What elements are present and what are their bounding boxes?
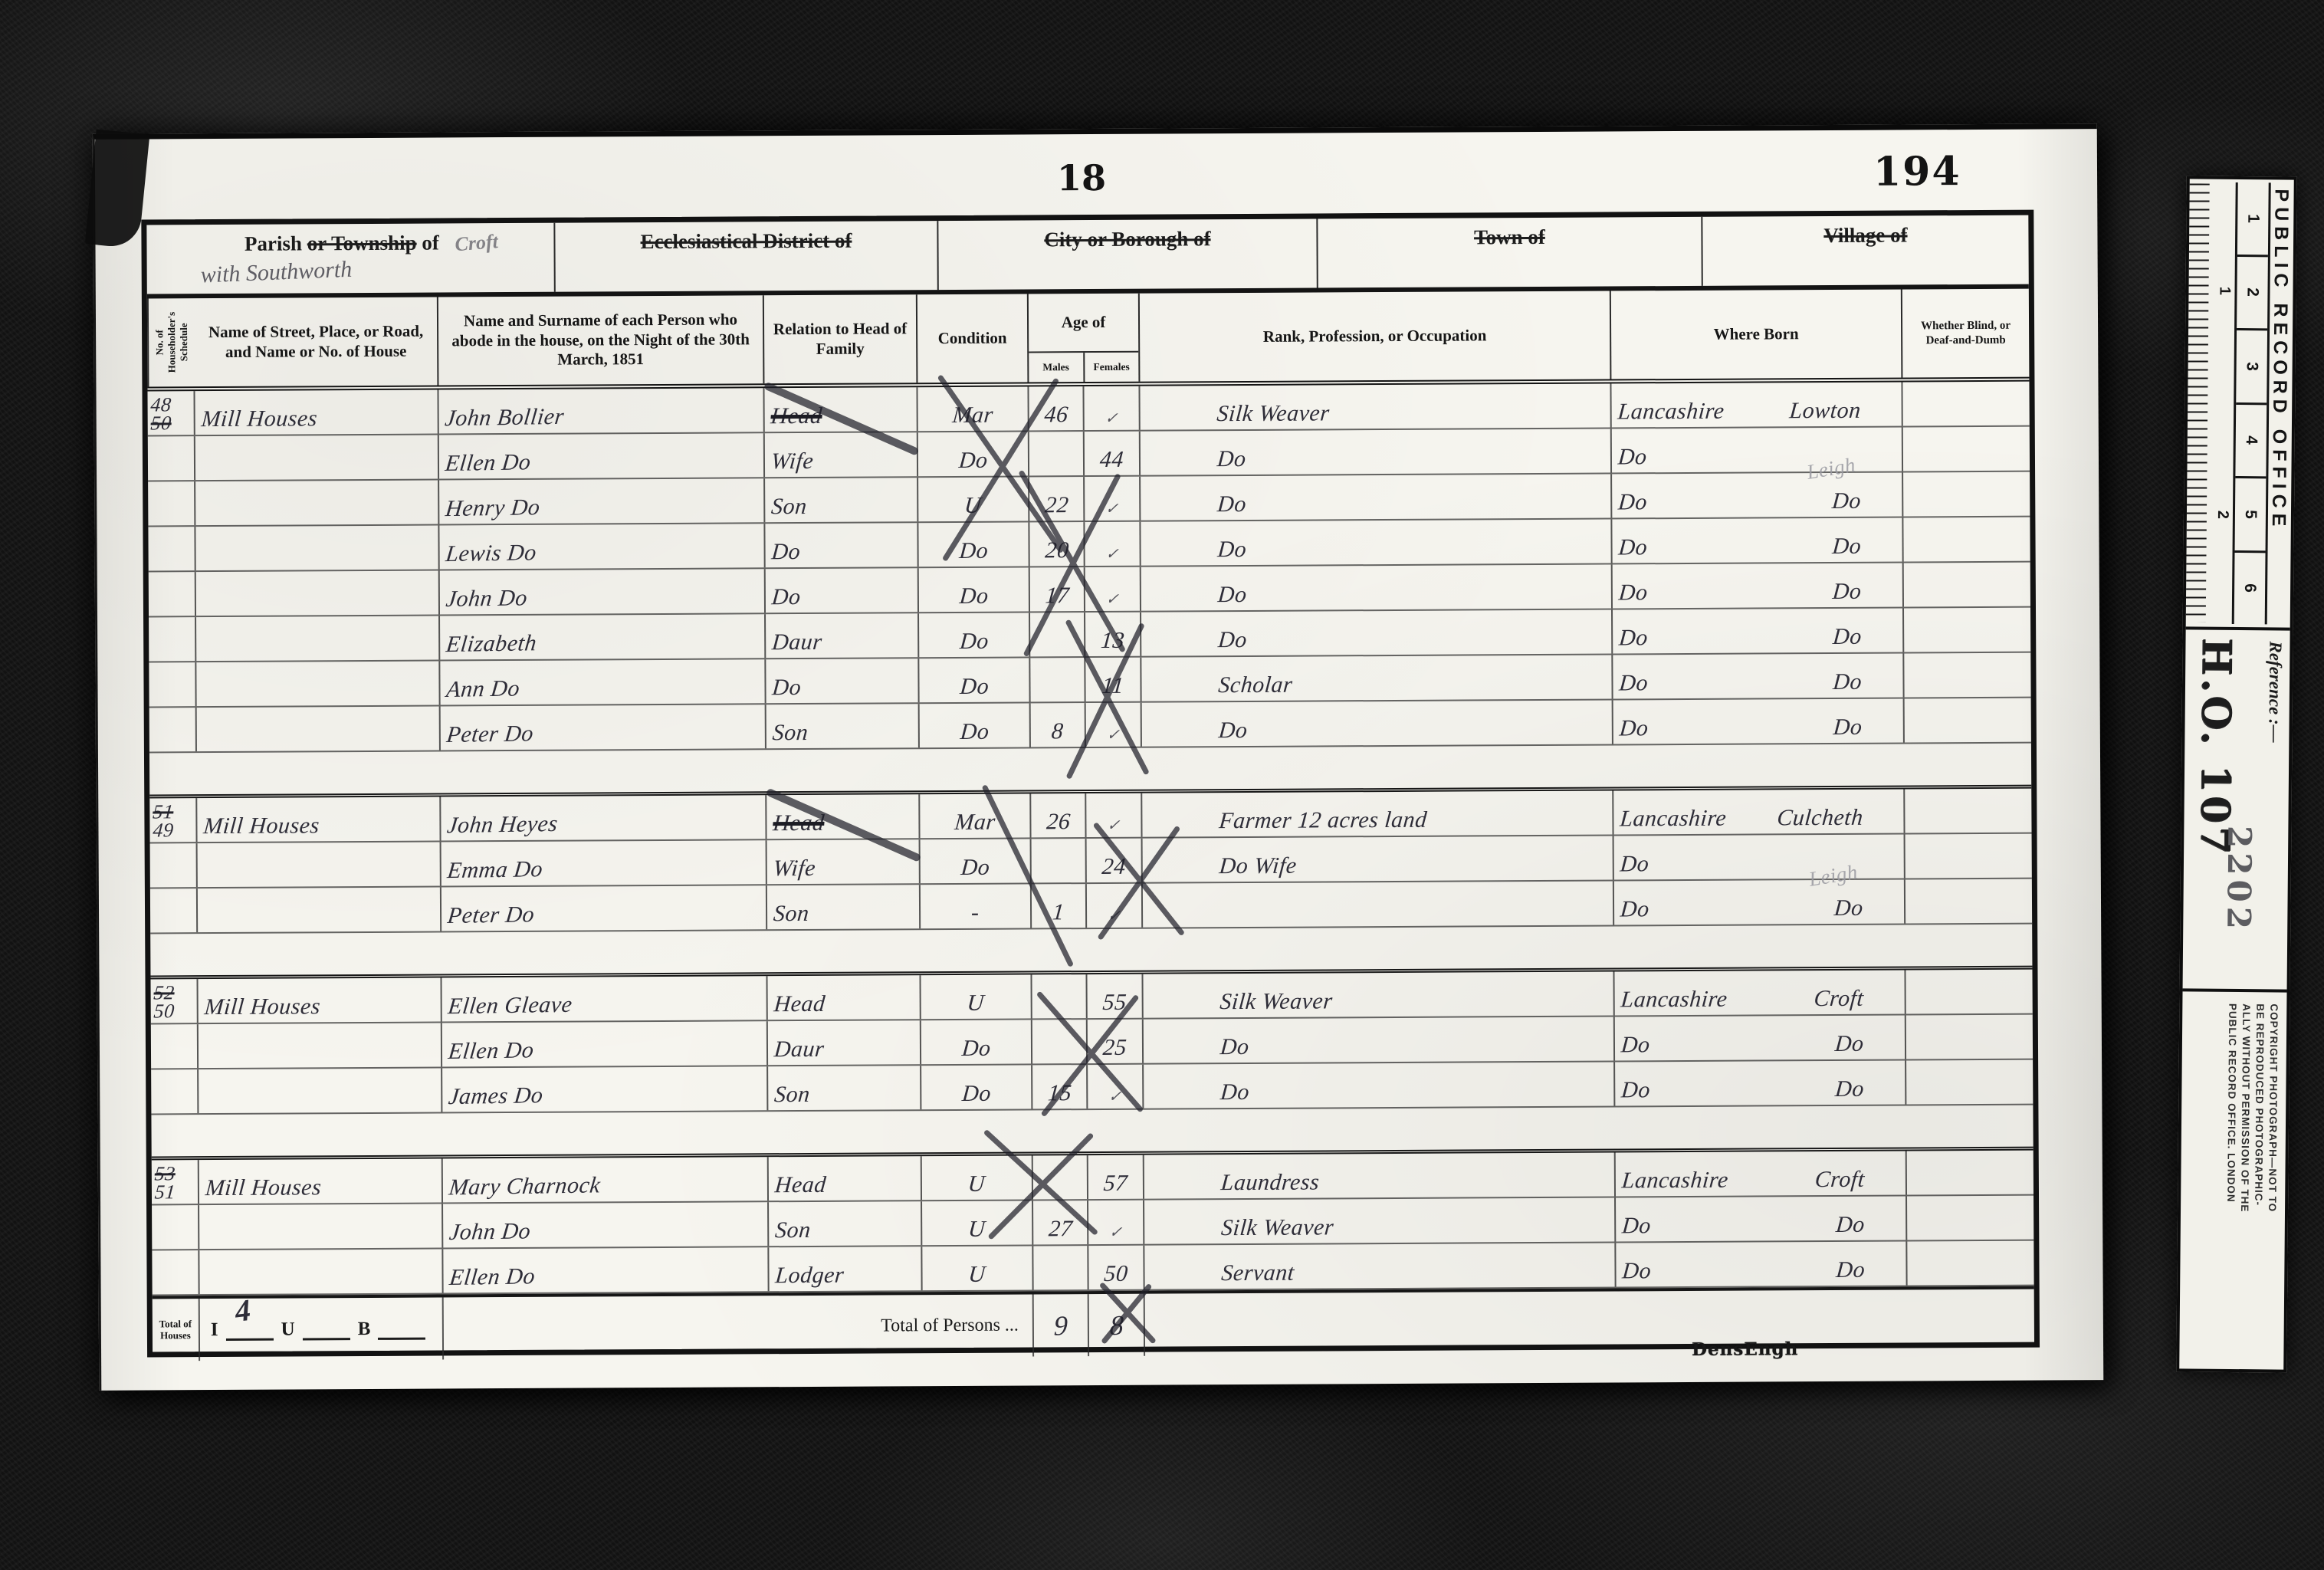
schedule-number-cell: 5250 [151, 979, 199, 1023]
age-female-cell: ✓ [1084, 386, 1140, 430]
houses-iub-cell: I 4 U B [200, 1297, 444, 1361]
col-age-label: Age of [1029, 294, 1138, 353]
condition-text: U [968, 1262, 987, 1288]
tick-mark: ✓ [1108, 1223, 1123, 1242]
occupation-cell: Silk Weaver [1143, 971, 1614, 1017]
occupation-cell: Do [1141, 429, 1612, 475]
person-name: Peter Do [446, 902, 536, 929]
schedule-number-cell [150, 843, 198, 887]
public-record-office-strip: 12 123456 PUBLIC RECORD OFFICE Reference… [2176, 176, 2297, 1372]
born-county: Do [1620, 1032, 1651, 1058]
name-cell: John Do [443, 1202, 769, 1247]
reference-ho-107: H.O. 107 [2191, 638, 2240, 858]
born-place: Do [1832, 669, 1863, 695]
where-born-cell: DoDo [1613, 653, 1904, 698]
schedule-number-cell [151, 1069, 199, 1113]
condition-cell: Do [921, 1020, 1032, 1064]
col-blind-deaf: Whether Blind, or Deaf-and-Dumb [1902, 289, 2030, 378]
census-rows: 4850Mill HousesJohn BollierHeadMar46✓Sil… [147, 382, 2033, 1296]
relation-text: Head [774, 1172, 828, 1198]
blind-deaf-cell [1906, 1015, 2033, 1059]
occupation-text: Do [1216, 582, 1247, 608]
ruler-cm-track: 123456 [2232, 182, 2271, 624]
where-born-cell: DoLeigh [1612, 427, 1903, 472]
relation-text: Wife [772, 856, 816, 882]
address-cell [199, 1023, 442, 1068]
age-female: 50 [1103, 1261, 1129, 1287]
tick-mark: ✓ [1105, 590, 1120, 609]
condition-cell: Do [918, 522, 1029, 567]
schedule-number-cell: 5149 [149, 798, 197, 842]
age-female: 24 [1101, 854, 1127, 880]
condition-cell: U [918, 477, 1029, 521]
name-cell: Ellen Do [439, 433, 765, 478]
address-cell [196, 570, 440, 616]
relation-cell: Son [769, 1201, 922, 1246]
condition-text: Mar [954, 810, 996, 836]
ruler-cm-number: 5 [2235, 478, 2267, 553]
occupation-text: Laundress [1220, 1169, 1321, 1196]
address-cell [198, 842, 441, 887]
parish-of: of [422, 231, 439, 254]
name-cell: Ellen Do [442, 1021, 768, 1066]
pro-ruler: 12 123456 PUBLIC RECORD OFFICE [2186, 179, 2294, 630]
address-cell: Mill Houses [199, 1158, 443, 1204]
age-male-cell: 15 [1032, 1065, 1088, 1109]
person-name: John Do [445, 585, 529, 613]
age-female-cell: 11 [1085, 658, 1141, 701]
blind-deaf-cell [1905, 970, 2032, 1014]
total-of-persons-label: Total of Persons ... [444, 1294, 1034, 1359]
age-female-cell: 50 [1088, 1246, 1144, 1289]
condition-cell: Do [921, 1065, 1032, 1109]
address-cell [197, 706, 441, 751]
village-section: Village of [1702, 215, 2028, 286]
total-of-houses-label: Total of Houses [153, 1299, 200, 1361]
reference-label: Reference :— [2264, 641, 2285, 742]
name-cell: John Bollier [438, 388, 764, 433]
blind-deaf-cell [1907, 1196, 2033, 1240]
blind-deaf-cell [1903, 472, 2030, 517]
born-county: Lancashire [1620, 987, 1728, 1013]
address-cell [195, 435, 439, 480]
condition-text: Do [957, 448, 988, 474]
age-male: 8 [1051, 718, 1065, 744]
relation-text: Lodger [774, 1263, 845, 1289]
tick-mark: ✓ [1105, 499, 1119, 518]
condition-cell: - [921, 884, 1032, 928]
occupation-text: Do [1217, 627, 1248, 653]
schedule-number-cell [152, 1250, 199, 1294]
born-place: Do [1834, 1076, 1865, 1102]
relation-cell: Son [765, 478, 918, 522]
address-cell: Mill Houses [197, 796, 441, 842]
person-name: Mary Charnock [448, 1172, 602, 1200]
occupation-text: Scholar [1217, 672, 1294, 699]
address-cell [199, 1068, 442, 1113]
age-female-cell: ✓ [1085, 522, 1141, 566]
name-cell: Ann Do [440, 659, 766, 705]
page-number-right: 194 [1873, 148, 1961, 195]
person-name: Ellen Gleave [447, 992, 574, 1020]
name-cell: Peter Do [441, 885, 767, 931]
age-female-cell: 44 [1085, 432, 1141, 475]
relation-text: Head [770, 403, 823, 429]
age-male-cell: 1 [1032, 884, 1087, 928]
where-born-cell: DoDo [1616, 1196, 1907, 1241]
copyright-line: ALLY WITHOUT PERMISSION OF THE [2237, 1003, 2252, 1355]
age-male-cell: 17 [1030, 567, 1085, 611]
relation-text: Daur [773, 1036, 826, 1063]
born-place: Culcheth [1776, 805, 1864, 832]
relation-cell: Head [767, 975, 921, 1020]
uninhabited-label: U [281, 1319, 295, 1340]
born-county: Do [1620, 896, 1650, 922]
person-name: Ellen Do [444, 449, 532, 477]
occupation-cell: Do [1142, 700, 1613, 746]
blind-deaf-cell [1907, 1151, 2033, 1195]
where-born-cell: LancashireCroft [1616, 1151, 1907, 1196]
age-male: 46 [1043, 402, 1069, 428]
ruler-inch-track: 12 [2209, 179, 2234, 627]
address-cell [199, 1204, 443, 1249]
parish-handwritten-1: Croft [455, 230, 499, 256]
age-male: 1 [1052, 899, 1065, 925]
condition-cell: Mar [920, 793, 1031, 838]
relation-cell: Son [766, 704, 920, 748]
occupation-cell: Do Wife [1143, 836, 1614, 882]
blind-deaf-cell [1904, 563, 2030, 607]
born-county: Lancashire [1617, 399, 1725, 425]
schedule-number-cell: 5351 [152, 1160, 199, 1204]
occupation-text: Do Wife [1218, 853, 1298, 880]
born-county: Do [1621, 1258, 1652, 1284]
occupation-text: Do [1216, 446, 1247, 472]
copyright-text: COPYRIGHT PHOTOGRAPH—NOT TOBE REPRODUCED… [2179, 991, 2286, 1366]
condition-cell: U [922, 1246, 1033, 1290]
where-born-cell: LancashireCulcheth [1613, 789, 1905, 834]
occupation-cell: Silk Weaver [1140, 383, 1611, 429]
condition-cell: Mar [917, 386, 1029, 431]
condition-cell: Do [919, 658, 1030, 702]
relation-text: Son [770, 494, 808, 520]
address-cell [195, 480, 439, 525]
occupation-text: Silk Weaver [1219, 988, 1334, 1015]
born-place: Do [1832, 624, 1863, 650]
born-county: Do [1621, 1213, 1652, 1239]
age-female: 44 [1099, 447, 1125, 473]
address-cell [195, 525, 439, 570]
totals-empty-cell [1145, 1289, 2034, 1356]
town-section: Town of [1318, 217, 1702, 288]
blind-deaf-cell [1904, 653, 2030, 698]
address-text: Mill Houses [202, 813, 320, 839]
address-cell [199, 1249, 443, 1294]
age-female-cell: 24 [1087, 839, 1143, 882]
col-age: Age of Males Females [1029, 294, 1141, 383]
age-male: 17 [1044, 583, 1070, 609]
occupation-cell: Do [1141, 609, 1613, 655]
blind-deaf-cell [1905, 834, 2032, 879]
occupation-text: Farmer 12 acres land [1218, 807, 1428, 834]
where-born-cell: DoDo [1612, 472, 1903, 517]
relation-cell: Head [764, 387, 917, 432]
schedule-number-cell [148, 436, 195, 480]
address-text: Mill Houses [205, 1174, 323, 1201]
name-cell: Lewis Do [439, 524, 765, 569]
born-county: Lancashire [1621, 1168, 1730, 1194]
born-county: Do [1618, 625, 1649, 651]
occupation-cell [1143, 881, 1614, 927]
col-condition: Condition [917, 294, 1029, 383]
total-persons-males: 9 [1053, 1309, 1068, 1342]
copyright-line: BE REPRODUCED PHOTOGRAPHIC- [2251, 1003, 2266, 1355]
name-cell: Emma Do [441, 840, 767, 885]
occupation-cell: Do [1144, 1017, 1615, 1063]
age-female: 57 [1103, 1171, 1129, 1197]
name-cell: Ellen Do [443, 1247, 769, 1292]
total-persons-females-cell: 8 [1089, 1294, 1145, 1356]
condition-cell: Do [919, 567, 1030, 612]
born-place: Do [1833, 714, 1863, 741]
where-born-cell: LancashireLowton [1611, 382, 1902, 427]
condition-cell: U [921, 974, 1032, 1019]
relation-text: Daur [771, 629, 823, 655]
address-cell: Mill Houses [195, 389, 438, 435]
occupation-cell: Scholar [1141, 655, 1613, 701]
district-section: Ecclesiastical District of [555, 221, 938, 292]
tick-mark: ✓ [1106, 816, 1121, 835]
blind-deaf-cell [1907, 1241, 2033, 1286]
occupation-text: Silk Weaver [1216, 400, 1331, 427]
condition-text: Do [960, 1036, 991, 1062]
schedule-number-cell [152, 1205, 199, 1249]
column-header-band: No. of Householder's Schedule Name of St… [147, 289, 2030, 392]
name-cell: Ellen Gleave [441, 976, 767, 1021]
age-female-cell: 13 [1085, 613, 1141, 656]
age-male-cell [1032, 974, 1087, 1018]
born-county: Do [1617, 580, 1648, 606]
occupation-cell: Silk Weaver [1144, 1197, 1616, 1243]
born-county: Do [1618, 670, 1649, 696]
dens-engh-stamp: DensEngh [1692, 1338, 1798, 1360]
age-male-cell [1032, 839, 1087, 882]
schedule-number: 49 [153, 821, 175, 839]
scanned-census-page: { "page": {"number_left": "18", "number_… [0, 0, 2324, 1570]
relation-cell: Do [765, 523, 918, 567]
relation-cell: Son [767, 885, 921, 929]
person-name: Emma Do [446, 856, 544, 884]
schedule-number-cell: 4850 [147, 391, 195, 435]
age-female-cell: ✓ [1085, 477, 1141, 521]
condition-text: Mar [951, 402, 994, 429]
name-cell: Mary Charnock [443, 1157, 769, 1202]
scan-ink-blotch [85, 130, 150, 249]
ruler-inch-number: 2 [2210, 511, 2231, 519]
age-male: 22 [1043, 492, 1069, 518]
born-place: Do [1835, 1212, 1866, 1238]
born-county: Lancashire [1619, 806, 1728, 833]
age-female: 13 [1100, 628, 1126, 654]
schedule-number-cell [149, 617, 196, 661]
born-place: Do [1831, 488, 1862, 514]
relation-text: Do [771, 675, 802, 701]
born-county: Do [1617, 534, 1648, 560]
relation-text: Do [770, 539, 801, 565]
occupation-text: Do [1216, 537, 1247, 563]
blind-deaf-cell [1903, 517, 2030, 562]
relation-text: Son [773, 901, 810, 927]
name-cell: Elizabeth [440, 614, 766, 659]
page-number-left: 18 [1057, 157, 1106, 199]
relation-cell: Head [769, 1156, 922, 1200]
name-cell: Peter Do [441, 705, 766, 750]
condition-text: U [967, 990, 986, 1017]
name-cell: John Heyes [441, 795, 766, 840]
ruler-cm-number: 3 [2236, 330, 2267, 405]
city-label: City or Borough of [1044, 227, 1210, 251]
address-text: Mill Houses [203, 994, 321, 1020]
schedule-number-cell [149, 662, 196, 706]
born-county: Do [1619, 851, 1649, 877]
age-male: 15 [1046, 1080, 1072, 1106]
person-name: Peter Do [445, 721, 535, 748]
relation-cell: Daur [766, 613, 919, 658]
relation-text: Head [772, 810, 826, 836]
col-age-females: Females [1085, 353, 1139, 382]
building-blank [378, 1318, 425, 1340]
total-persons-females: 8 [1109, 1309, 1124, 1342]
condition-text: Do [961, 1081, 992, 1107]
copyright-line: PUBLIC RECORD OFFICE. LONDON [2224, 1003, 2238, 1355]
relation-text: Do [771, 584, 802, 610]
address-cell: Mill Houses [199, 977, 442, 1023]
age-female: 25 [1102, 1035, 1128, 1061]
col-rank-profession: Rank, Profession, or Occupation [1140, 291, 1612, 381]
where-born-cell: DoDo [1613, 563, 1904, 608]
schedule-number-cell [149, 572, 196, 616]
schedule-number: 51 [154, 1183, 176, 1201]
name-cell: Henry Do [439, 478, 765, 524]
age-male-cell [1032, 1020, 1088, 1063]
where-born-cell: DoDo [1615, 1060, 1906, 1105]
village-label: Village of [1823, 223, 1907, 247]
blind-deaf-cell [1903, 427, 2030, 471]
born-place: Do [1832, 579, 1863, 605]
person-name: Ellen Do [447, 1037, 535, 1065]
blind-deaf-cell [1904, 608, 2030, 652]
where-born-cell: DoDo [1612, 517, 1903, 563]
condition-text: U [963, 493, 983, 519]
pro-reference-box: Reference :— H.O. 107 2202 [2183, 629, 2290, 992]
relation-text: Son [773, 1082, 811, 1108]
parish-struck-words: or Township [307, 232, 417, 255]
town-label: Town of [1474, 225, 1545, 248]
where-born-cell: DoLeigh [1614, 834, 1905, 879]
col-where-born: Where Born [1611, 289, 1903, 379]
ruler-inch-number: 1 [2211, 287, 2233, 295]
age-male-cell [1030, 658, 1085, 701]
person-name: John Heyes [446, 811, 560, 839]
where-born-cell: DoDo [1614, 879, 1905, 925]
occupation-cell: Do [1141, 564, 1613, 610]
condition-text: Do [959, 719, 990, 745]
name-cell: James Do [442, 1066, 768, 1112]
tick-mark: ✓ [1108, 1087, 1122, 1106]
schedule-number-cell [148, 481, 195, 525]
col-schedule-number: No. of Householder's Schedule [147, 298, 195, 386]
uninhabited-blank [303, 1318, 350, 1340]
occupation-cell: Laundress [1144, 1152, 1616, 1198]
address-cell [198, 887, 441, 932]
schedule-number-cell [150, 888, 198, 932]
census-paper-sheet: 18 194 Parish or Township of Croft with … [93, 123, 2104, 1391]
address-cell [196, 661, 440, 706]
relation-cell: Head [766, 794, 920, 839]
age-male-cell: 20 [1029, 522, 1085, 566]
born-county: Do [1620, 1077, 1651, 1103]
blind-deaf-cell [1905, 879, 2032, 924]
age-female-cell: ✓ [1086, 793, 1142, 837]
tick-mark: ✓ [1107, 906, 1121, 925]
condition-cell: Do [919, 613, 1030, 657]
age-male-cell [1029, 432, 1085, 475]
age-male: 20 [1044, 537, 1070, 563]
col-name-surname: Name and Surname of each Person who abod… [438, 295, 765, 385]
ruler-tick-marks [2186, 183, 2210, 622]
person-name: Ellen Do [448, 1263, 537, 1291]
born-county: Do [1617, 489, 1648, 515]
inhabited-label: I [211, 1319, 218, 1341]
age-male-cell [1033, 1155, 1088, 1199]
age-male-cell: 22 [1029, 477, 1085, 521]
age-male-cell [1033, 1246, 1088, 1289]
occupation-cell: Do [1141, 519, 1612, 565]
age-female-cell: ✓ [1087, 884, 1143, 928]
parish-label: Parish [245, 232, 302, 255]
schedule-number: 50 [150, 414, 172, 432]
condition-text: Do [958, 629, 989, 655]
ruler-cm-number: 1 [2237, 182, 2269, 257]
age-male-cell: 46 [1029, 386, 1084, 430]
condition-cell: Do [921, 839, 1032, 883]
where-born-cell: LancashireCroft [1614, 970, 1905, 1015]
schedule-number: 50 [153, 1002, 176, 1020]
where-born-cell: DoDo [1616, 1241, 1907, 1286]
col-age-males: Males [1029, 353, 1085, 382]
relation-text: Son [774, 1217, 812, 1243]
person-name: Henry Do [444, 494, 541, 522]
condition-text: U [967, 1171, 986, 1197]
blind-deaf-cell [1906, 1060, 2033, 1105]
condition-text: Do [960, 855, 990, 881]
relation-cell: Wife [765, 432, 918, 477]
district-label: Ecclesiastical District of [640, 229, 852, 253]
condition-text: Do [959, 674, 990, 700]
col-street: Name of Street, Place, or Road, and Name… [195, 297, 439, 386]
age-female-cell: ✓ [1088, 1065, 1144, 1109]
address-cell [196, 616, 440, 661]
col-relation: Relation to Head of Family [764, 294, 918, 383]
occupation-text: Do [1219, 1079, 1250, 1105]
person-name: John Do [448, 1218, 532, 1246]
born-place: Croft [1814, 1167, 1866, 1193]
condition-text: Do [958, 538, 989, 564]
person-name: Ann Do [445, 675, 521, 703]
born-place: Lowton [1788, 398, 1862, 425]
born-county: Do [1617, 444, 1648, 470]
ruler-cm-number: 2 [2237, 256, 2268, 330]
